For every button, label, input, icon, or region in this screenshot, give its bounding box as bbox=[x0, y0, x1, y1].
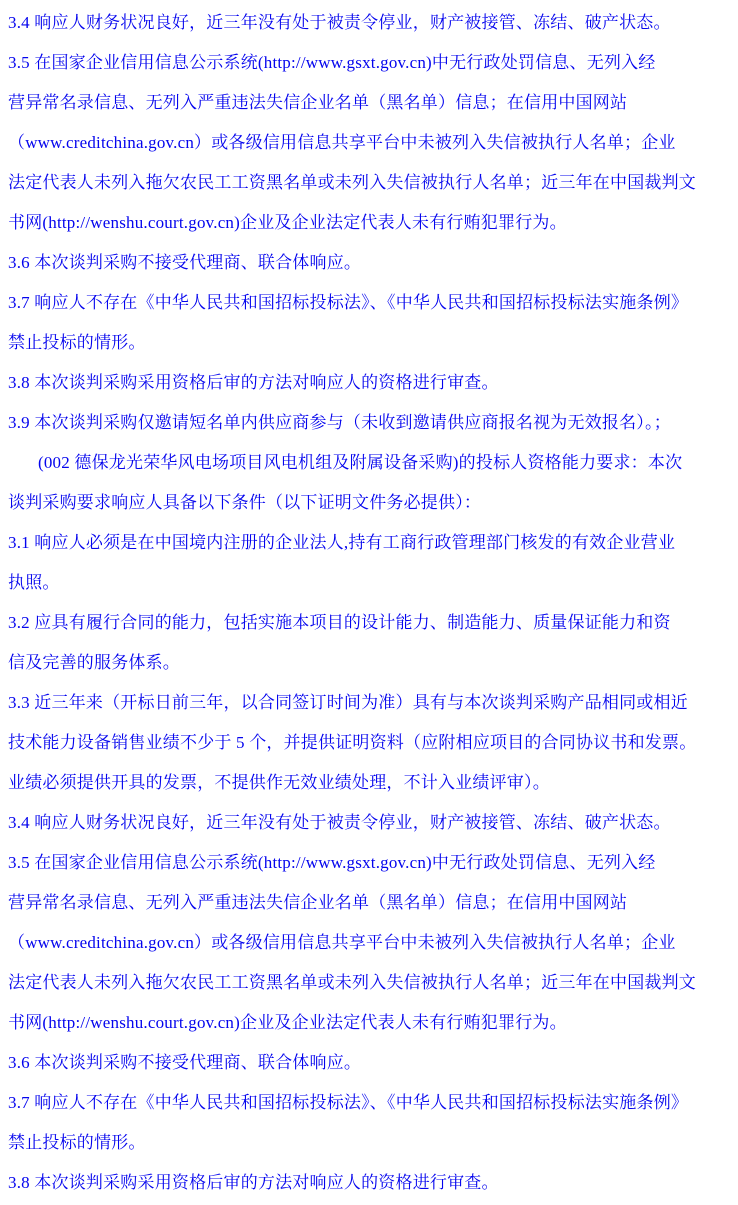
text-line: (002 德保龙光荣华风电场项目风电机组及附属设备采购)的投标人资格能力要求：本… bbox=[8, 443, 732, 483]
text-line: 3.7 响应人不存在《中华人民共和国招标投标法》、《中华人民共和国招标投标法实施… bbox=[8, 1083, 732, 1123]
text-line: 法定代表人未列入拖欠农民工工资黑名单或未列入失信被执行人名单；近三年在中国裁判文 bbox=[8, 963, 732, 1003]
text-line: 3.1 响应人必须是在中国境内注册的企业法人,持有工商行政管理部门核发的有效企业… bbox=[8, 523, 732, 563]
text-line: 3.9 本次谈判采购仅邀请短名单内供应商参与（未收到邀请供应商报名视为无效报名）… bbox=[8, 403, 732, 443]
text-line: 技术能力设备销售业绩不少于 5 个，并提供证明资料（应附相应项目的合同协议书和发… bbox=[8, 723, 732, 763]
text-line: 禁止投标的情形。 bbox=[8, 323, 732, 363]
text-line: 营异常名录信息、无列入严重违法失信企业名单（黑名单）信息；在信用中国网站 bbox=[8, 83, 732, 123]
text-line: （www.creditchina.gov.cn）或各级信用信息共享平台中未被列入… bbox=[8, 923, 732, 963]
text-line: 业绩必须提供开具的发票，不提供作无效业绩处理，不计入业绩评审）。 bbox=[8, 763, 732, 803]
text-line: 书网(http://wenshu.court.gov.cn)企业及企业法定代表人… bbox=[8, 203, 732, 243]
text-line: 营异常名录信息、无列入严重违法失信企业名单（黑名单）信息；在信用中国网站 bbox=[8, 883, 732, 923]
text-line: 书网(http://wenshu.court.gov.cn)企业及企业法定代表人… bbox=[8, 1003, 732, 1043]
text-line: 3.2 应具有履行合同的能力，包括实施本项目的设计能力、制造能力、质量保证能力和… bbox=[8, 603, 732, 643]
text-line: 3.6 本次谈判采购不接受代理商、联合体响应。 bbox=[8, 243, 732, 283]
text-line: 禁止投标的情形。 bbox=[8, 1123, 732, 1163]
text-line: 信及完善的服务体系。 bbox=[8, 643, 732, 683]
text-line: 法定代表人未列入拖欠农民工工资黑名单或未列入失信被执行人名单；近三年在中国裁判文 bbox=[8, 163, 732, 203]
document-body: 3.4 响应人财务状况良好，近三年没有处于被责令停业，财产被接管、冻结、破产状态… bbox=[0, 0, 738, 1205]
text-line: 3.8 本次谈判采购采用资格后审的方法对响应人的资格进行审查。 bbox=[8, 1163, 732, 1203]
text-line: 执照。 bbox=[8, 563, 732, 603]
text-line: 3.6 本次谈判采购不接受代理商、联合体响应。 bbox=[8, 1043, 732, 1083]
text-line: 谈判采购要求响应人具备以下条件（以下证明文件务必提供）： bbox=[8, 483, 732, 523]
text-line: 3.5 在国家企业信用信息公示系统(http://www.gsxt.gov.cn… bbox=[8, 843, 732, 883]
text-line: 3.3 近三年来（开标日前三年，以合同签订时间为准）具有与本次谈判采购产品相同或… bbox=[8, 683, 732, 723]
text-line: （www.creditchina.gov.cn）或各级信用信息共享平台中未被列入… bbox=[8, 123, 732, 163]
text-line: 3.4 响应人财务状况良好，近三年没有处于被责令停业，财产被接管、冻结、破产状态… bbox=[8, 803, 732, 843]
text-line: 3.8 本次谈判采购采用资格后审的方法对响应人的资格进行审查。 bbox=[8, 363, 732, 403]
text-line: 3.7 响应人不存在《中华人民共和国招标投标法》、《中华人民共和国招标投标法实施… bbox=[8, 283, 732, 323]
text-line: 3.5 在国家企业信用信息公示系统(http://www.gsxt.gov.cn… bbox=[8, 43, 732, 83]
text-line: 3.4 响应人财务状况良好，近三年没有处于被责令停业，财产被接管、冻结、破产状态… bbox=[8, 3, 732, 43]
